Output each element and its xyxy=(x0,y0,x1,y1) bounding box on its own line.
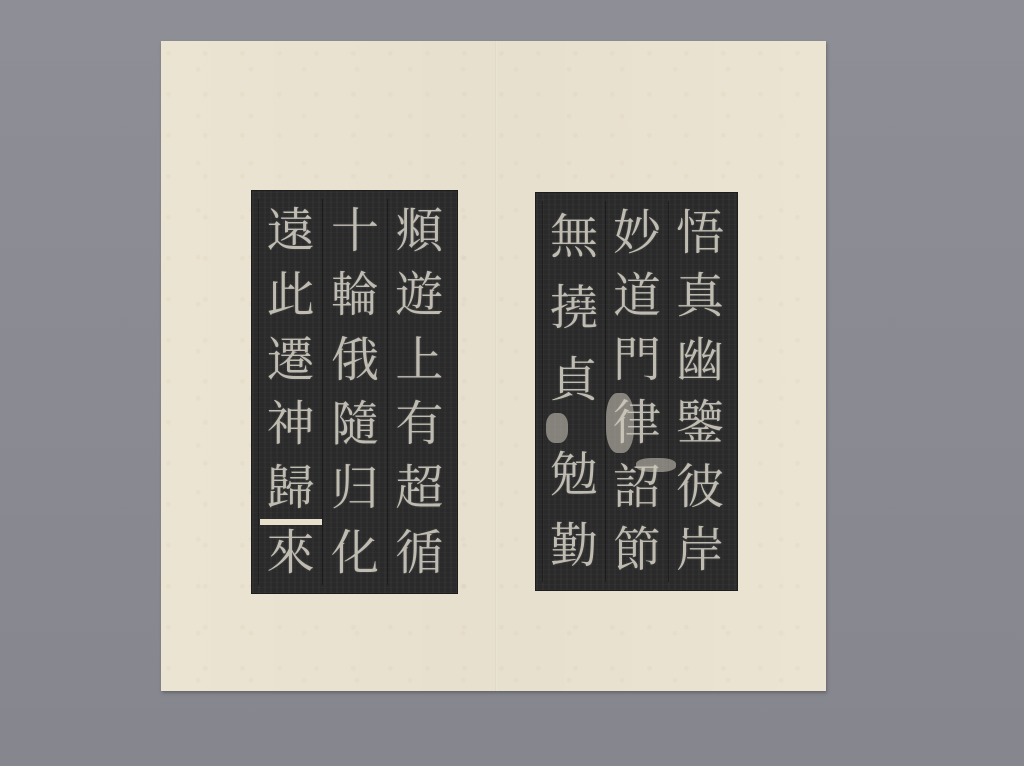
left-page: 頫 遊 上 有 超 循 十 輪 俄 隨 归 化 遠 此 遷 神 歸 來 xyxy=(161,41,496,691)
paper-repair-strip xyxy=(260,519,322,525)
character: 妙 xyxy=(613,209,661,257)
character: 鑒 xyxy=(676,399,724,447)
character: 節 xyxy=(613,526,661,574)
character: 勉 xyxy=(550,451,598,499)
character: 歸 xyxy=(267,464,315,512)
character: 彼 xyxy=(676,463,724,511)
text-column: 遠 此 遷 神 歸 來 xyxy=(258,199,322,585)
character: 有 xyxy=(395,400,443,448)
character: 輪 xyxy=(331,271,379,319)
rubbing-album: 頫 遊 上 有 超 循 十 輪 俄 隨 归 化 遠 此 遷 神 歸 來 xyxy=(161,41,826,691)
character: 神 xyxy=(267,400,315,448)
character: 化 xyxy=(331,529,379,577)
character: 遊 xyxy=(395,271,443,319)
character: 超 xyxy=(395,464,443,512)
worn-area xyxy=(636,458,676,472)
character: 此 xyxy=(267,271,315,319)
text-column: 妙 道 門 律 詔 節 xyxy=(605,201,668,582)
character: 俄 xyxy=(331,336,379,384)
character: 無 xyxy=(550,213,598,261)
character: 上 xyxy=(395,336,443,384)
character: 遷 xyxy=(267,336,315,384)
character: 归 xyxy=(331,464,379,512)
character: 岸 xyxy=(676,526,724,574)
character: 隨 xyxy=(331,400,379,448)
text-column: 十 輪 俄 隨 归 化 xyxy=(322,199,386,585)
character: 循 xyxy=(395,529,443,577)
character: 道 xyxy=(613,272,661,320)
text-column: 無 撓 貞 勉 勤 xyxy=(542,201,605,582)
character: 來 xyxy=(267,529,315,577)
right-ink-panel: 悟 真 幽 鑒 彼 岸 妙 道 門 律 詔 節 無 撓 貞 勉 勤 xyxy=(535,192,738,591)
character: 幽 xyxy=(676,336,724,384)
character: 勤 xyxy=(550,522,598,570)
character: 悟 xyxy=(676,209,724,257)
character: 撓 xyxy=(550,284,598,332)
character: 門 xyxy=(613,336,661,384)
character: 十 xyxy=(331,207,379,255)
worn-area xyxy=(546,413,568,443)
character: 真 xyxy=(676,272,724,320)
text-column: 悟 真 幽 鑒 彼 岸 xyxy=(668,201,731,582)
text-column: 頫 遊 上 有 超 循 xyxy=(387,199,451,585)
left-ink-panel: 頫 遊 上 有 超 循 十 輪 俄 隨 归 化 遠 此 遷 神 歸 來 xyxy=(251,190,458,594)
character: 貞 xyxy=(550,356,598,404)
character: 遠 xyxy=(267,207,315,255)
character: 頫 xyxy=(395,207,443,255)
right-page: 悟 真 幽 鑒 彼 岸 妙 道 門 律 詔 節 無 撓 貞 勉 勤 xyxy=(496,41,826,691)
worn-area xyxy=(606,393,634,453)
